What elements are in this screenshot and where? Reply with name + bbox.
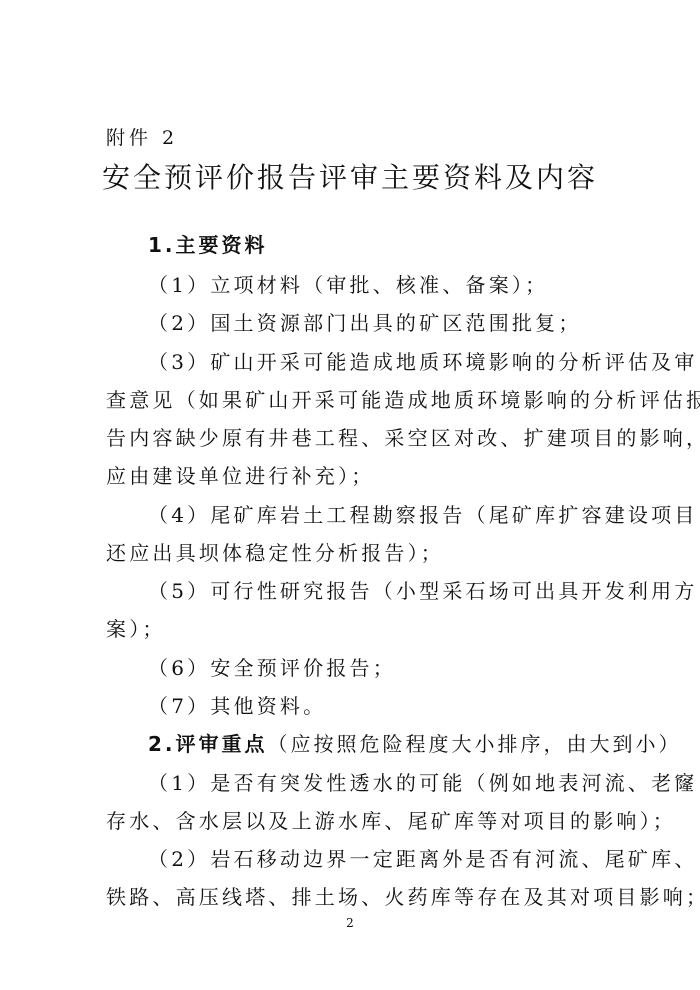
section-1-item: （5）可行性研究报告（小型采石场可出具开发利用方 [148,579,698,603]
section-1-item-cont: 查意见（如果矿山开采可能造成地质环境影响的分析评估报 [106,388,700,412]
section-1-item: （4）尾矿库岩土工程勘察报告（尾矿库扩容建设项目 [148,503,698,527]
document-page: 附件 2 安全预评价报告评审主要资料及内容 1.主要资料 （1）立项材料（审批、… [0,0,700,990]
section-1-item-cont: 还应出具坝体稳定性分析报告）； [106,541,444,565]
section-1-item-cont: 案）； [106,617,166,641]
attachment-label: 附件 2 [106,126,178,150]
section-2-heading-label: 2.评审重点 [148,732,268,756]
section-2-item-cont: 铁路、高压线塔、排土场、火药库等存在及其对项目影响； [106,885,700,909]
page-number: 2 [0,916,700,930]
section-1-item: （3）矿山开采可能造成地质环境影响的分析评估及审 [148,350,698,374]
document-title: 安全预评价报告评审主要资料及内容 [0,160,700,196]
section-1-item: （7）其他资料。 [148,694,326,718]
section-1-item-cont: 应由建设单位进行补充）； [106,464,374,488]
section-2-item-cont: 存水、含水层以及上游水库、尾矿库等对项目的影响）； [106,809,676,833]
section-1-item-cont: 告内容缺少原有井巷工程、采空区对改、扩建项目的影响， [106,426,700,450]
section-1-item: （6）安全预评价报告； [148,656,396,680]
section-2-heading-note: （应按照危险程度大小排序，由大到小） [268,732,682,756]
section-2-heading: 2.评审重点（应按照危险程度大小排序，由大到小） [148,732,682,756]
section-2-item: （2）岩石移动边界一定距离外是否有河流、尾矿库、 [148,847,698,871]
section-1-item: （2）国土资源部门出具的矿区范围批复； [148,311,582,335]
section-1-heading: 1.主要资料 [148,233,268,257]
section-1-item: （1）立项材料（审批、核准、备案）； [148,273,548,297]
section-2-item: （1）是否有突发性透水的可能（例如地表河流、老窿 [148,771,698,795]
